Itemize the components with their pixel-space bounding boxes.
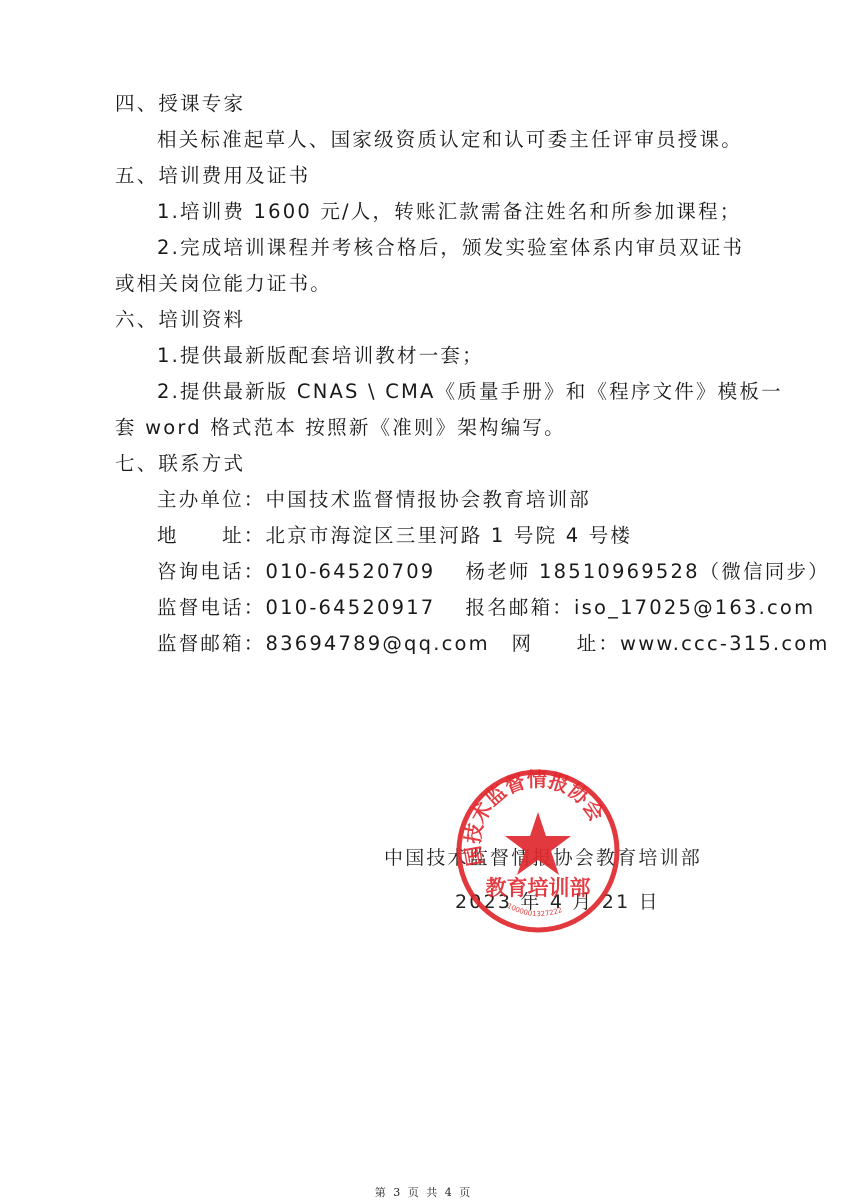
section-heading-5: 五、培训费用及证书 [115,164,310,188]
paragraph: 套 word 格式范本 按照新《准则》架构编写。 [115,416,566,440]
section-heading-7: 七、联系方式 [115,452,245,476]
section-heading-6: 六、培训资料 [115,308,245,332]
contact-email-website: 监督邮箱：83694789@qq.com 网 址：www.ccc-315.com [157,632,830,656]
svg-text:教育培训部: 教育培训部 [486,876,591,900]
contact-phone: 咨询电话：010-64520709 杨老师 18510969528（微信同步） [157,560,830,584]
paragraph: 或相关岗位能力证书。 [115,272,332,296]
paragraph: 相关标准起草人、国家级资质认定和认可委主任评审员授课。 [157,128,743,152]
paragraph: 2.提供最新版 CNAS \ CMA《质量手册》和《程序文件》模板一 [157,380,783,404]
official-seal-icon: 国技术监督情报协会 教育培训部 1000001327222 [455,768,621,934]
paragraph: 2.完成培训课程并考核合格后，颁发实验室体系内审员双证书 [157,236,744,260]
contact-address: 地 址：北京市海淀区三里河路 1 号院 4 号楼 [157,524,632,548]
paragraph: 1.培训费 1600 元/人，转账汇款需备注姓名和所参加课程； [157,200,741,224]
contact-supervision-phone: 监督电话：010-64520917 报名邮箱：iso_17025@163.com [157,596,815,620]
page-footer: 第 3 页 共 4 页 [0,1184,847,1200]
section-heading-4: 四、授课专家 [115,92,245,116]
svg-text:1000001327222: 1000001327222 [506,902,564,918]
contact-organizer: 主办单位：中国技术监督情报协会教育培训部 [157,488,591,512]
paragraph: 1.提供最新版配套培训教材一套； [157,344,484,368]
